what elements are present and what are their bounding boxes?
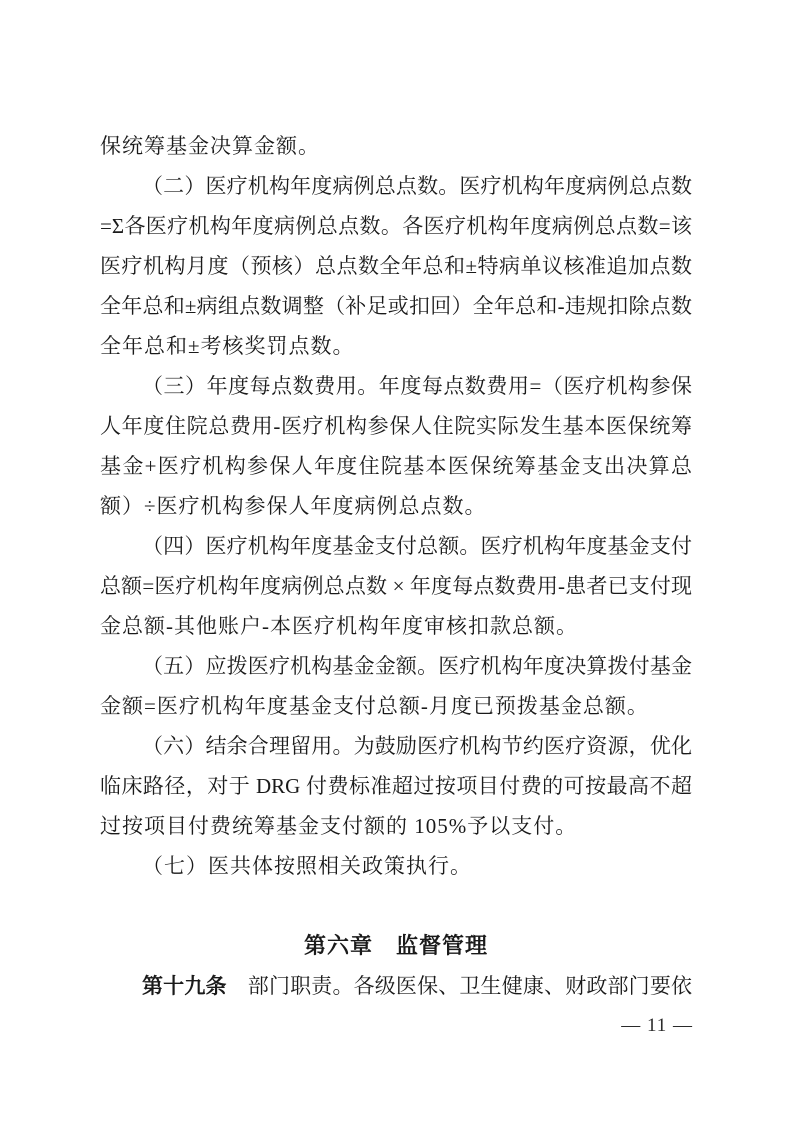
body-text-line: 基金+医疗机构参保人年度住院基本医保统筹基金支出决算总 [100, 446, 692, 486]
body-text-line: =Σ各医疗机构年度病例总点数。各医疗机构年度病例总点数=该 [100, 206, 692, 246]
body-text-line: 金总额-其他账户-本医疗机构年度审核扣款总额。 [100, 606, 692, 646]
document-body: 保统筹基金决算金额。 （二）医疗机构年度病例总点数。医疗机构年度病例总点数 =Σ… [100, 126, 692, 1006]
body-text-line: 总额=医疗机构年度病例总点数 × 年度每点数费用-患者已支付现 [100, 566, 692, 606]
document-page: 保统筹基金决算金额。 （二）医疗机构年度病例总点数。医疗机构年度病例总点数 =Σ… [0, 0, 793, 1122]
article-number: 第十九条 [142, 974, 227, 998]
body-text-line: 医疗机构月度（预核）总点数全年总和±特病单议核准追加点数 [100, 246, 692, 286]
body-text-line: 全年总和±考核奖罚点数。 [100, 326, 692, 366]
article-19-line: 第十九条 部门职责。各级医保、卫生健康、财政部门要依 [100, 966, 692, 1006]
body-text-line: 人年度住院总费用-医疗机构参保人住院实际发生基本医保统筹 [100, 406, 692, 446]
body-text-line: （三）年度每点数费用。年度每点数费用=（医疗机构参保 [100, 366, 692, 406]
body-text-line: 临床路径，对于 DRG 付费标准超过按项目付费的可按最高不超 [100, 766, 692, 806]
chapter-heading: 第六章 监督管理 [100, 926, 692, 966]
body-text-line: 全年总和±病组点数调整（补足或扣回）全年总和-违规扣除点数 [100, 286, 692, 326]
body-text-line: （六）结余合理留用。为鼓励医疗机构节约医疗资源，优化 [100, 726, 692, 766]
body-text-line: （七）医共体按照相关政策执行。 [100, 846, 692, 886]
article-text: 部门职责。各级医保、卫生健康、财政部门要依 [227, 974, 692, 998]
body-text-line: 金额=医疗机构年度基金支付总额-月度已预拨基金总额。 [100, 686, 692, 726]
body-text-line: 保统筹基金决算金额。 [100, 126, 692, 166]
page-number: — 11 — [621, 1012, 693, 1040]
body-text-line: （二）医疗机构年度病例总点数。医疗机构年度病例总点数 [100, 166, 692, 206]
section-gap [100, 886, 692, 926]
body-text-line: 额）÷医疗机构参保人年度病例总点数。 [100, 486, 692, 526]
body-text-line: （五）应拨医疗机构基金金额。医疗机构年度决算拨付基金 [100, 646, 692, 686]
body-text-line: 过按项目付费统筹基金支付额的 105%予以支付。 [100, 806, 692, 846]
body-text-line: （四）医疗机构年度基金支付总额。医疗机构年度基金支付 [100, 526, 692, 566]
